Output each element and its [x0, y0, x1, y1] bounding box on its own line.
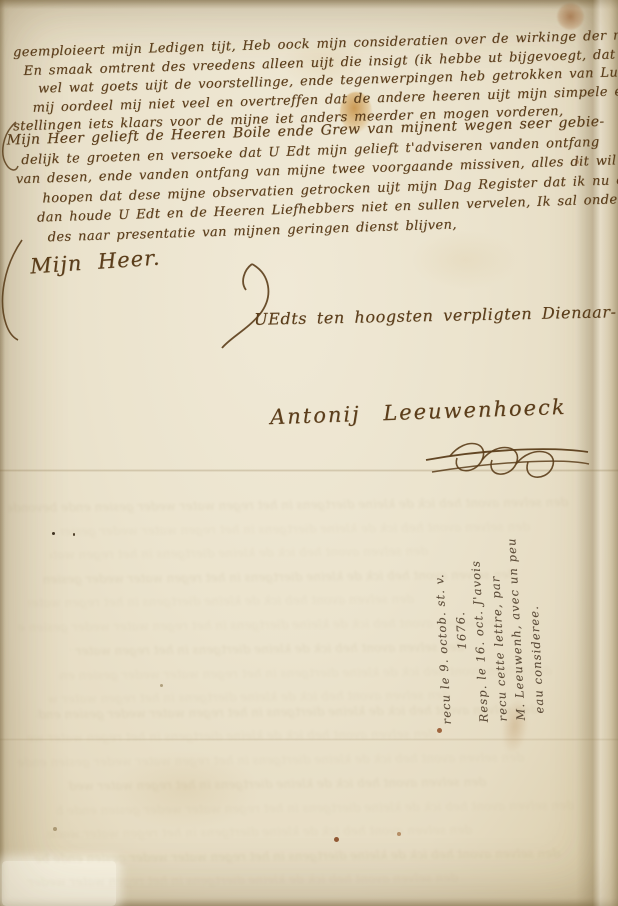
bleedthrough-line: den selven avont heb ick de kleine diert… — [57, 798, 574, 817]
archival-annotation: recu le 9. octob. st. v. 1676. Resp. le … — [426, 495, 554, 725]
bleedthrough-line: den selven avont heb ick de kleine diert… — [48, 688, 450, 706]
foxing-dot — [397, 832, 401, 836]
bleedthrough-line: den selven avont heb ick de kleine diert… — [15, 750, 524, 769]
paper-blotch — [410, 230, 520, 290]
repair-patch — [2, 861, 116, 906]
signature: Antonij Leeuwenhoeck — [270, 395, 567, 429]
bleedthrough-line: den selven avont heb ick de kleine diert… — [70, 640, 464, 658]
foxing-dot — [73, 533, 75, 536]
foxing-dot — [53, 827, 57, 831]
foxing-dot — [52, 532, 55, 535]
signature-paraph-flourish — [424, 434, 590, 484]
paper-blotch — [110, 750, 260, 830]
bleedthrough-line: den selven avont heb ick de kleine diert… — [46, 823, 472, 841]
closing-line: UEdts ten hoogsten verpligten Dienaar- — [254, 302, 617, 329]
page-top-edge-shadow — [0, 0, 618, 9]
bleedthrough-line: den selven avont heb ick de kleine diert… — [50, 544, 428, 562]
foxing-dot — [437, 728, 442, 733]
page-left-edge-shadow — [0, 0, 5, 906]
manuscript-page: den selven avont heb ick de kleine diert… — [0, 0, 618, 906]
letter-body-paragraph-2: Mijn Heer gelieft de Heeren Boile ende G… — [6, 113, 615, 249]
bleedthrough-line: den selven avont heb ick de kleine diert… — [17, 615, 502, 634]
bleedthrough-line: den selven avont heb ick de kleine diert… — [28, 592, 414, 610]
bleedthrough-line: den selven avont heb ick de kleine diert… — [26, 727, 436, 745]
horizontal-fold-crease — [0, 469, 618, 472]
rust-stain-top-right — [557, 3, 584, 30]
closing-swash — [216, 260, 280, 352]
foxing-dot — [334, 837, 339, 842]
salutation: Mijn Heer. — [29, 245, 161, 278]
foxing-dot — [160, 684, 163, 687]
bleedthrough-line: den selven avont heb ick de kleine diert… — [68, 775, 486, 793]
